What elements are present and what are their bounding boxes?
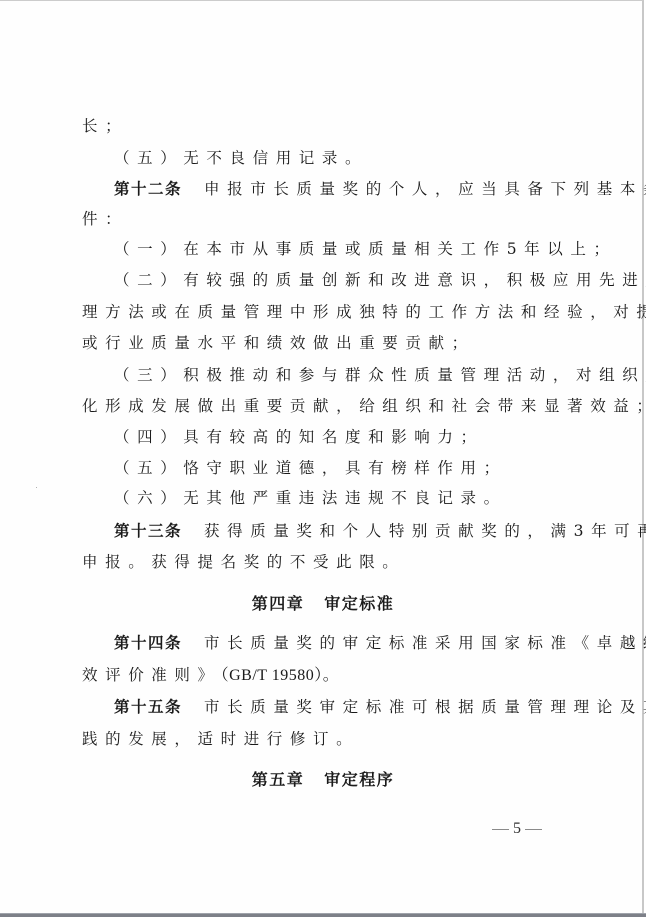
line-text: 获得质量奖和个人特别贡献奖的，满3年可再次 xyxy=(204,522,646,540)
list-item-five: （五）无不良信用记录。 xyxy=(114,143,554,174)
list-item-six: （六）无其他严重违法违规不良记录。 xyxy=(114,483,554,514)
line-text: （六）无其他严重违法违规不良记录。 xyxy=(114,489,507,507)
paragraph-line: 或行业质量水平和绩效做出重要贡献； xyxy=(82,328,552,359)
line-text: （三）积极推动和参与群众性质量管理活动，对组织质量文 xyxy=(114,366,646,384)
list-item-two: （二）有较强的质量创新和改进意识，积极应用先进质量管 xyxy=(114,265,554,296)
chapter-title: 审定标准 xyxy=(324,594,394,613)
line-text: 化形成发展做出重要贡献，给组织和社会带来显著效益； xyxy=(82,397,646,415)
line-text: 效评价准则》 xyxy=(82,666,221,684)
chapter-title: 审定程序 xyxy=(324,770,394,789)
scan-speck xyxy=(36,487,37,488)
article-label: 第十二条 xyxy=(114,180,182,198)
list-item-one: （一）在本市从事质量或质量相关工作5年以上； xyxy=(114,234,554,265)
list-item-four: （四）具有较高的知名度和影响力； xyxy=(114,422,554,453)
paragraph-line: 申报。获得提名奖的不受此限。 xyxy=(82,547,552,578)
dash-left xyxy=(492,829,509,830)
paragraph-line: 件： xyxy=(82,204,552,235)
article-13: 第十三条获得质量奖和个人特别贡献奖的，满3年可再次 xyxy=(114,516,554,547)
document-page: 长； （五）无不良信用记录。 第十二条申报市长质量奖的个人，应当具备下列基本条 … xyxy=(0,0,644,913)
article-14: 第十四条市长质量奖的审定标准采用国家标准《卓越绩 xyxy=(114,628,554,659)
paragraph-line: 理方法或在质量管理中形成独特的工作方法和经验，对提高组织 xyxy=(82,297,552,328)
article-label: 第十四条 xyxy=(114,634,182,652)
line-text: 申报。获得提名奖的不受此限。 xyxy=(82,553,405,571)
line-text: 理方法或在质量管理中形成独特的工作方法和经验，对提高组织 xyxy=(82,303,646,321)
line-text: 件： xyxy=(82,210,128,228)
standard-code: （GB/T 19580）。 xyxy=(221,667,340,684)
line-text: 践的发展，适时进行修订。 xyxy=(82,730,359,748)
viewer-bottom-edge xyxy=(0,913,646,917)
article-15: 第十五条市长质量奖审定标准可根据质量管理理论及其实 xyxy=(114,692,554,723)
line-text: （四）具有较高的知名度和影响力； xyxy=(114,428,484,446)
paragraph-line: 长； xyxy=(82,111,552,142)
line-text: （一）在本市从事质量或质量相关工作5年以上； xyxy=(114,240,617,258)
page-number: 5 xyxy=(488,816,546,842)
chapter-heading-5: 第五章审定程序 xyxy=(0,764,646,795)
line-text: 市长质量奖的审定标准采用国家标准《卓越绩 xyxy=(204,634,646,652)
paragraph-line: 效评价准则》（GB/T 19580）。 xyxy=(82,660,552,691)
line-text: （五）恪守职业道德，具有榜样作用； xyxy=(114,459,507,477)
paragraph-line: 践的发展，适时进行修订。 xyxy=(82,724,552,755)
chapter-number: 第四章 xyxy=(252,594,305,613)
line-text: （二）有较强的质量创新和改进意识，积极应用先进质量管 xyxy=(114,271,646,289)
article-label: 第十五条 xyxy=(114,698,182,716)
line-text: 申报市长质量奖的个人，应当具备下列基本条 xyxy=(204,180,646,198)
line-text: 市长质量奖审定标准可根据质量管理理论及其实 xyxy=(204,698,646,716)
page-number-value: 5 xyxy=(513,820,521,837)
paragraph-line: 化形成发展做出重要贡献，给组织和社会带来显著效益； xyxy=(82,391,552,422)
list-item-three: （三）积极推动和参与群众性质量管理活动，对组织质量文 xyxy=(114,360,554,391)
chapter-number: 第五章 xyxy=(252,770,305,789)
chapter-heading-4: 第四章审定标准 xyxy=(0,588,646,619)
line-text: 或行业质量水平和绩效做出重要贡献； xyxy=(82,334,475,352)
dash-right xyxy=(525,829,542,830)
article-12: 第十二条申报市长质量奖的个人，应当具备下列基本条 xyxy=(114,174,554,205)
list-item-five-b: （五）恪守职业道德，具有榜样作用； xyxy=(114,453,554,484)
line-text: 长； xyxy=(82,117,128,135)
line-text: （五）无不良信用记录。 xyxy=(114,149,368,167)
article-label: 第十三条 xyxy=(114,522,182,540)
